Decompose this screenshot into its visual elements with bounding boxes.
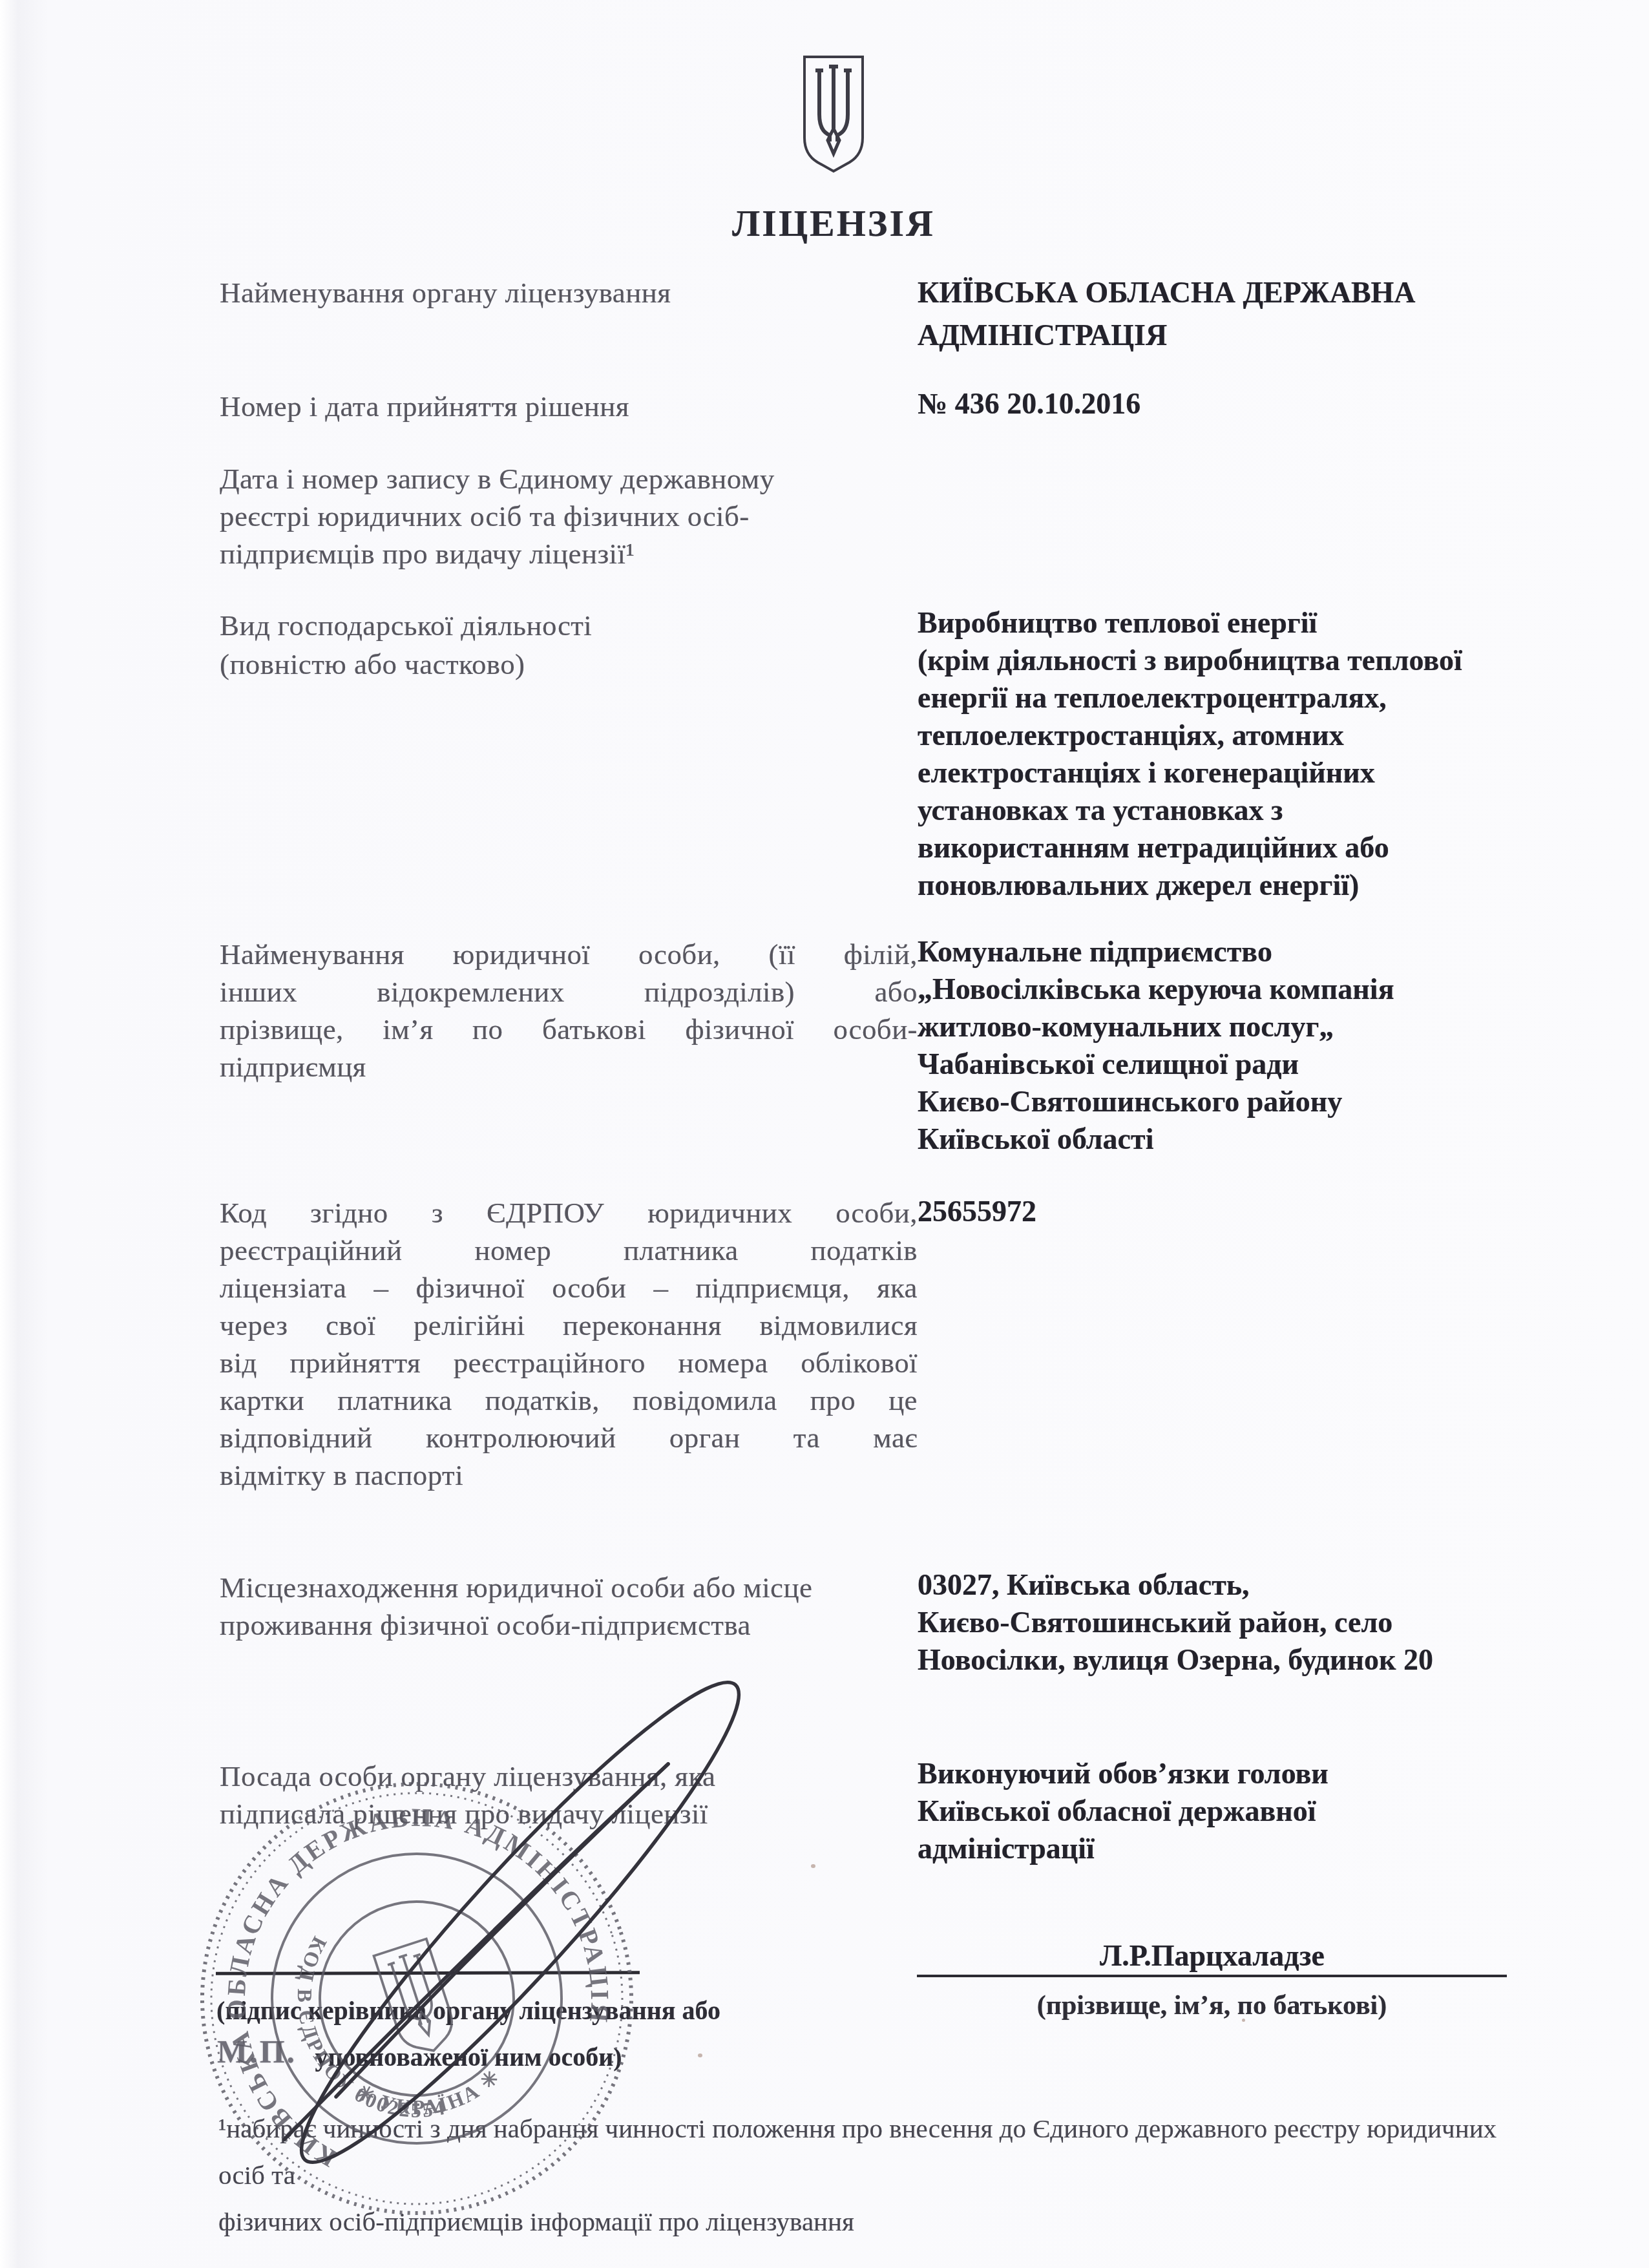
field-label-activity-type: Вид господарської діяльності(повністю аб… <box>220 606 918 684</box>
field-label-decision-number-date: Номер і дата прийняття рішення <box>220 388 918 425</box>
text-line: (крім діяльності з виробництва теплової <box>918 642 1570 679</box>
text-line: прізвище, ім’я по батькові фізичної особ… <box>220 1011 918 1048</box>
scan-speck <box>811 1864 815 1868</box>
signature-line-right <box>917 1975 1507 1977</box>
text-line: від прийняття реєстраційного номера облі… <box>220 1344 918 1381</box>
field-value-signatory-position: Виконуючий обов’язки головиКиївської обл… <box>918 1755 1570 1867</box>
field-value-activity-type: Виробництво теплової енергії(крім діяльн… <box>918 604 1570 904</box>
text-line: Дата і номер запису в Єдиному державному <box>220 460 918 498</box>
field-value-edrpou-code: 25655972 <box>918 1193 1570 1230</box>
text-line: реєстраційний номер платника податків <box>220 1232 918 1269</box>
signature-stroke-icon <box>213 1641 795 2223</box>
text-line: підприємців про видачу ліцензії¹ <box>220 535 918 572</box>
text-line: Код згідно з ЄДРПОУ юридичних особи, <box>220 1194 918 1232</box>
text-line: реєстрі юридичних осіб та фізичних осіб- <box>220 498 918 535</box>
text-line: Місцезнаходження юридичної особи або міс… <box>220 1569 918 1606</box>
text-line: відповідний контролюючий орган та має <box>220 1419 918 1456</box>
text-line: проживання фізичної особи-підприємства <box>220 1606 918 1644</box>
text-line: відмітку в паспорті <box>220 1456 918 1494</box>
field-label-licensing-authority: Найменування органу ліцензування <box>220 274 918 311</box>
text-line: Найменування органу ліцензування <box>220 274 918 311</box>
text-line: Номер і дата прийняття рішення <box>220 388 918 425</box>
license-document-page: ЛІЦЕНЗІЯ Найменування органу ліцензуванн… <box>0 0 1649 2268</box>
scan-speck <box>698 2053 702 2057</box>
text-line: 25655972 <box>918 1193 1570 1230</box>
text-line: Київської обласної державної <box>918 1792 1570 1830</box>
field-value-decision-number-date: № 436 20.10.2016 <box>918 385 1570 423</box>
text-line: поновлювальних джерел енергії) <box>918 866 1570 904</box>
ukraine-trident-emblem <box>800 52 867 176</box>
text-line: АДМІНІСТРАЦІЯ <box>918 314 1570 357</box>
text-line: Київської області <box>918 1120 1570 1158</box>
text-line: Виконуючий обов’язки голови <box>918 1755 1570 1792</box>
field-label-registry-record: Дата і номер запису в Єдиному державному… <box>220 460 918 572</box>
text-line: картки платника податків, повідомила про… <box>220 1381 918 1419</box>
text-line: „Новосілківська керуюча компанія <box>918 971 1570 1008</box>
text-line: Чабанівської селищної ради <box>918 1045 1570 1083</box>
text-line: енергії на теплоелектроцентралях, <box>918 679 1570 717</box>
text-line: інших відокремлених підрозділів) або <box>220 973 918 1011</box>
text-line: Києво-Святошинський район, село <box>918 1604 1570 1641</box>
text-line: Києво-Святошинського району <box>918 1083 1570 1120</box>
text-line: електростанціях і когенераційних <box>918 754 1570 792</box>
text-line: № 436 20.10.2016 <box>918 385 1570 423</box>
text-line: теплоелектростанціях, атомних <box>918 717 1570 754</box>
signatory-name: Л.Р.Парцхаладзе <box>918 1938 1507 1973</box>
text-line: ліцензіата – фізичної особи – підприємця… <box>220 1269 918 1307</box>
text-line: КИЇВСЬКА ОБЛАСНА ДЕРЖАВНА <box>918 271 1570 314</box>
text-line: установках та установках з <box>918 792 1570 829</box>
text-line: підприємця <box>220 1048 918 1086</box>
signature-caption-right: (прізвище, ім’я, по батькові) <box>917 1990 1507 2021</box>
field-value-legal-address: 03027, Київська область,Києво-Святошинсь… <box>918 1566 1570 1679</box>
document-title: ЛІЦЕНЗІЯ <box>627 202 1040 245</box>
text-line: Найменування юридичної особи, (її філій, <box>220 936 918 973</box>
field-label-legal-entity-name: Найменування юридичної особи, (її філій,… <box>220 936 918 1086</box>
text-line: житлово-комунальних послуг„ <box>918 1008 1570 1045</box>
field-label-edrpou-code: Код згідно з ЄДРПОУ юридичних особи,реєс… <box>220 1194 918 1494</box>
text-line: 03027, Київська область, <box>918 1566 1570 1604</box>
text-line: (повністю або частково) <box>220 645 918 684</box>
text-line: через свої релігійні переконання відмови… <box>220 1307 918 1344</box>
text-line: використанням нетрадиційних або <box>918 829 1570 866</box>
text-line: Комунальне підприємство <box>918 933 1570 971</box>
field-label-legal-address: Місцезнаходження юридичної особи або міс… <box>220 1569 918 1644</box>
text-line: Новосілки, вулиця Озерна, будинок 20 <box>918 1641 1570 1679</box>
text-line: Виробництво теплової енергії <box>918 604 1570 642</box>
field-value-legal-entity-name: Комунальне підприємство„Новосілківська к… <box>918 933 1570 1158</box>
text-line: адміністрації <box>918 1830 1570 1867</box>
text-line: Вид господарської діяльності <box>220 606 918 645</box>
scan-speck <box>1242 2019 1245 2022</box>
field-value-licensing-authority: КИЇВСЬКА ОБЛАСНА ДЕРЖАВНААДМІНІСТРАЦІЯ <box>918 271 1570 357</box>
